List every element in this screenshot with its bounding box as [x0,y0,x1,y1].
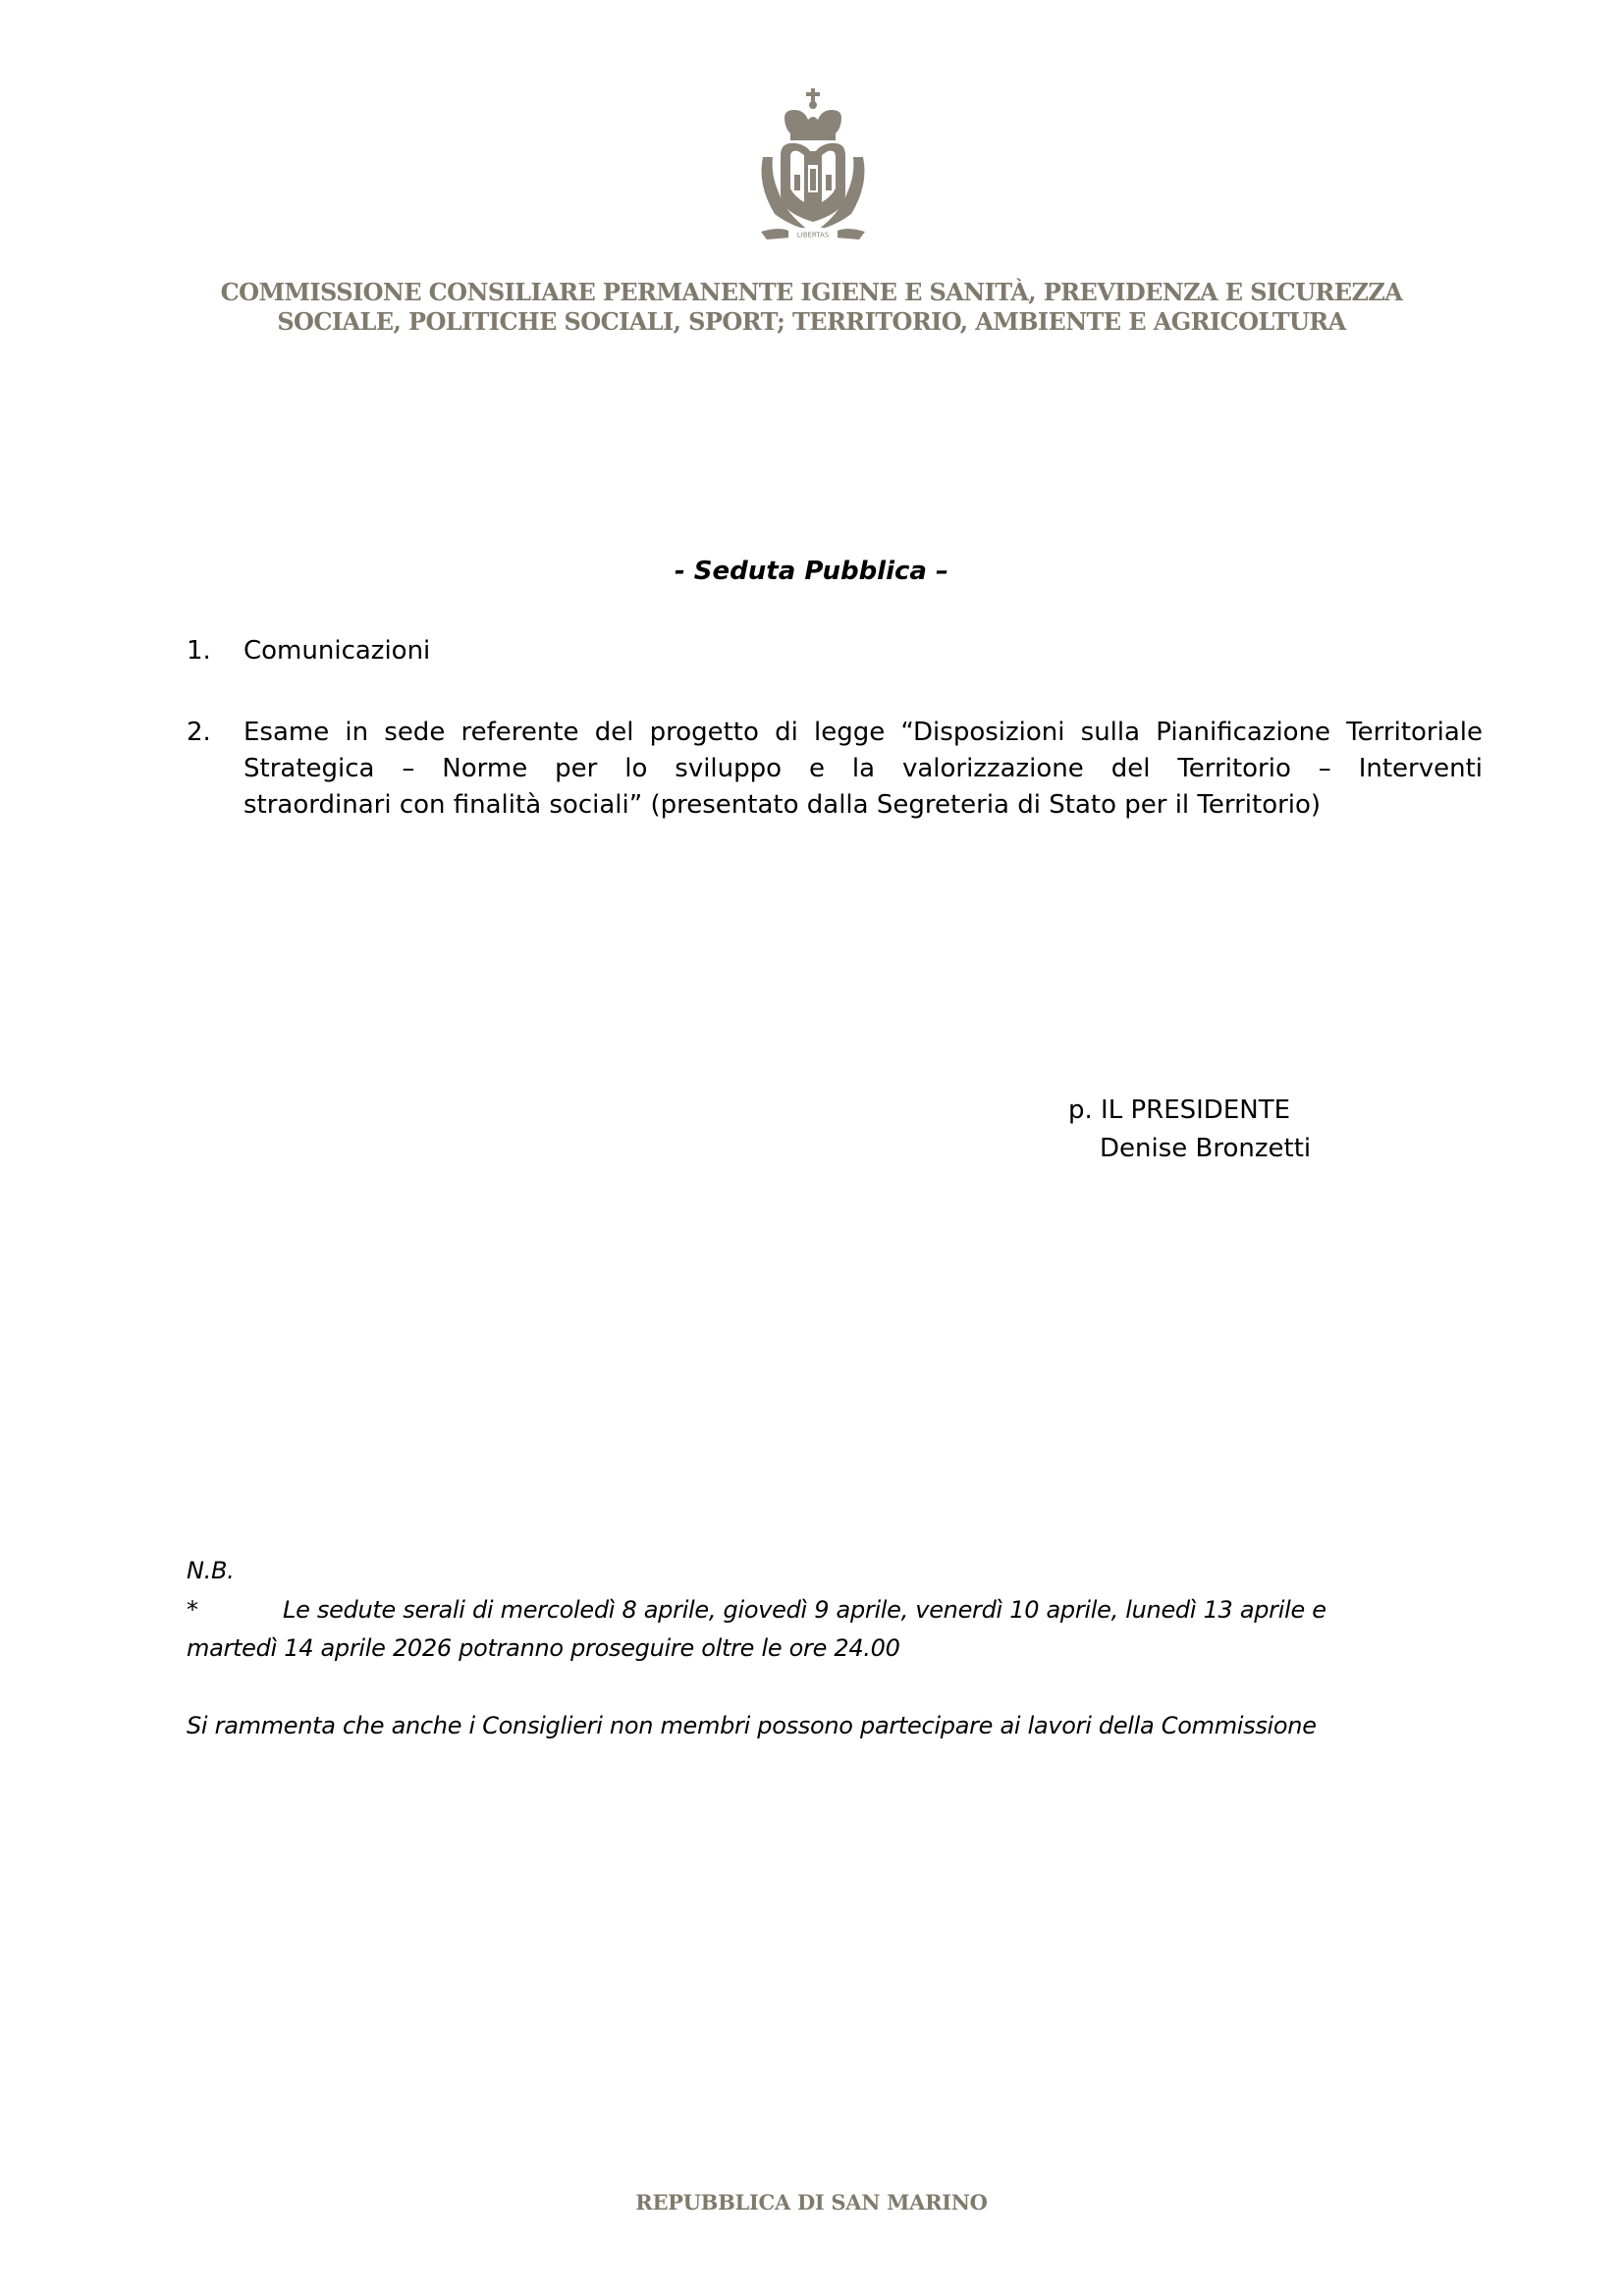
agenda-item: 1. Comunicazioni [187,633,1492,672]
agenda-item-text: Comunicazioni [243,633,1483,669]
header-line-1: COMMISSIONE CONSILIARE PERMANENTE IGIENE… [0,278,1623,307]
agenda-item-text-line: Esame in sede referente del progetto di … [243,715,1483,751]
note-evening-sessions-line-1: Le sedute serali di mercoledì 8 aprile, … [283,1596,1326,1624]
note-evening-sessions-line-2: martedì 14 aprile 2026 potranno prosegui… [187,1634,900,1662]
note-bullet: * [187,1596,198,1624]
session-title: - Seduta Pubblica – [0,557,1623,586]
coat-of-arms-icon: LIBERTAS [751,86,875,245]
commission-header: COMMISSIONE CONSILIARE PERMANENTE IGIENE… [0,278,1623,337]
signature-title: p. IL PRESIDENTE [1068,1095,1290,1125]
agenda-item-number: 1. [187,633,211,669]
agenda-item-text-line: straordinari con finalità sociali” (pres… [243,787,1483,824]
footer-republic: REPUBBLICA DI SAN MARINO [0,2190,1623,2215]
svg-text:LIBERTAS: LIBERTAS [797,232,830,240]
signature-name: Denise Bronzetti [1100,1134,1311,1163]
notes-label: N.B. [187,1557,234,1584]
header-line-2: SOCIALE, POLITICHE SOCIALI, SPORT; TERRI… [0,307,1623,337]
agenda-item-text-line: Strategica – Norme per lo sviluppo e la … [243,751,1483,787]
note-non-members: Si rammenta che anche i Consiglieri non … [187,1712,1317,1739]
document-page: LIBERTAS COMMISSIONE CONSILIARE PERMANEN… [0,0,1623,2296]
agenda-item: 2. Esame in sede referente del progetto … [187,715,1492,832]
agenda-item-number: 2. [187,715,211,751]
